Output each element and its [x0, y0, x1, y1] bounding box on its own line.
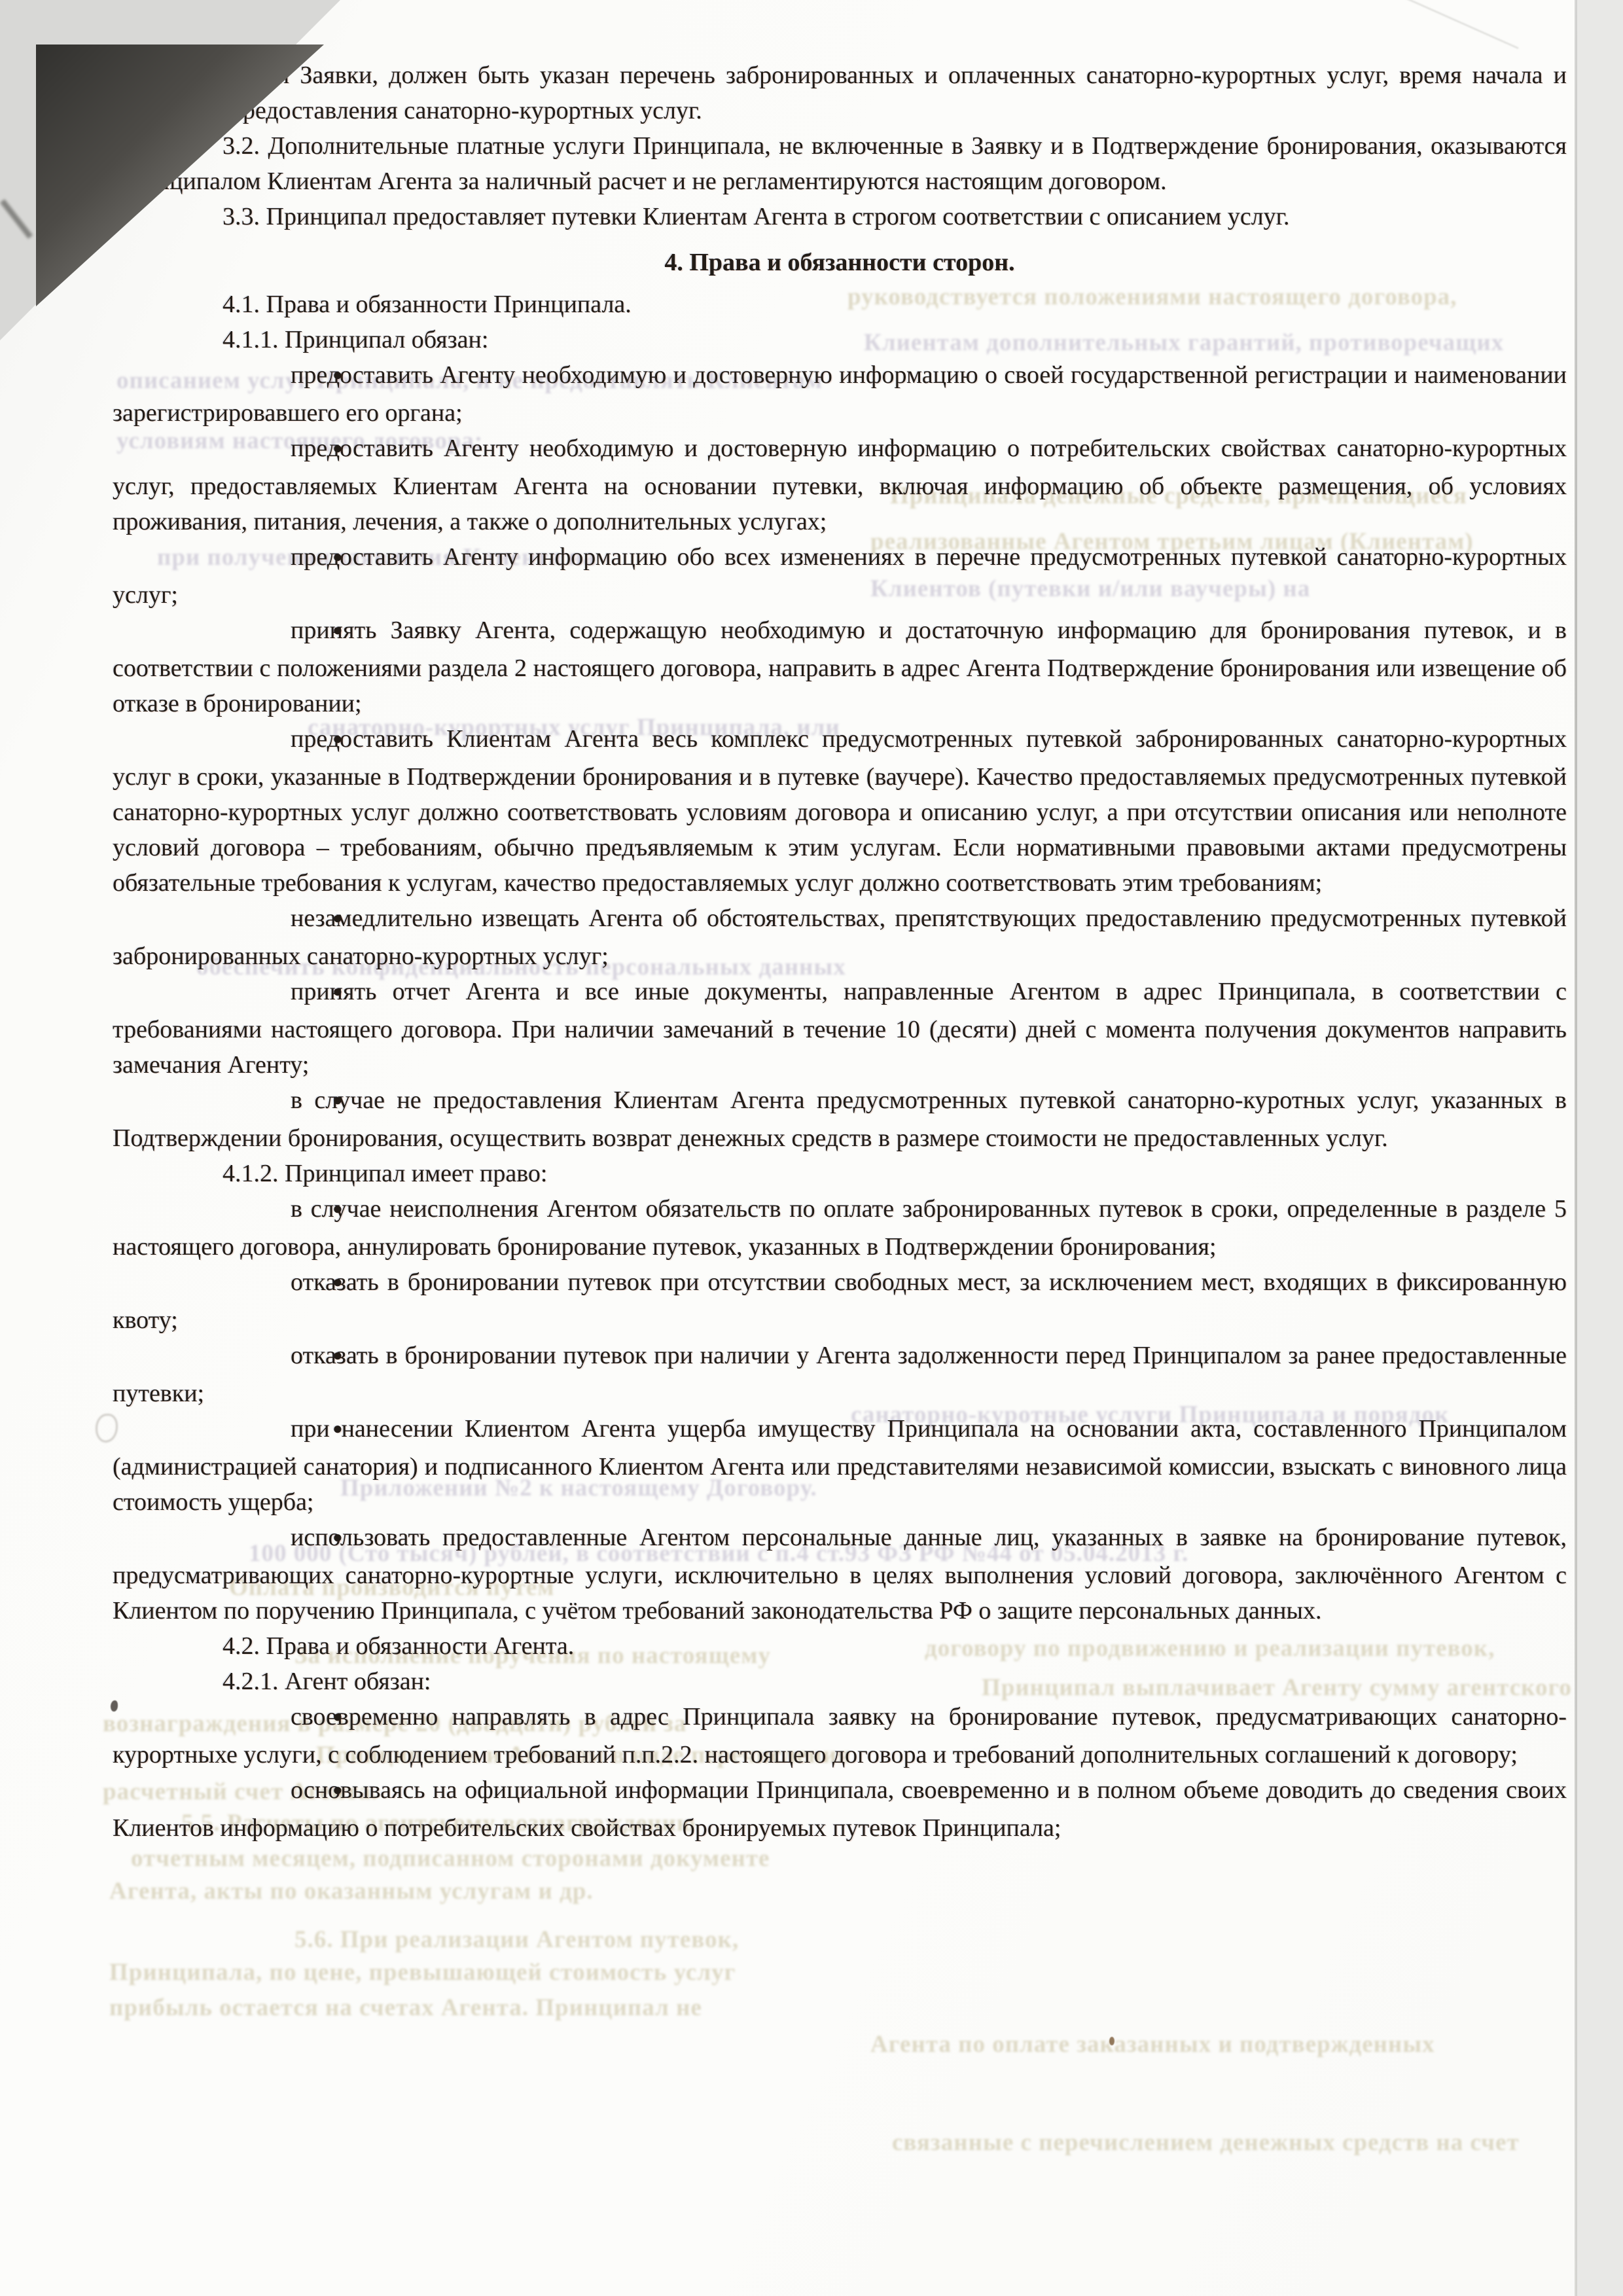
contract-paragraph: 4.2. Права и обязанности Агента. [113, 1628, 1567, 1664]
bullet-icon: ● [223, 1338, 291, 1373]
bleedthrough-text: 5.6. При реализации Агентом путевок, [294, 1926, 739, 1954]
bullet-icon: ● [223, 1191, 291, 1227]
contract-paragraph: 4.1.1. Принципал обязан: [113, 322, 1567, 357]
bullet-icon: ● [223, 1520, 291, 1555]
bullet-item: ●при нанесении Клиентом Агента ущерба им… [113, 1411, 1567, 1520]
bleedthrough-text: Принципала, по цене, превышающей стоимос… [109, 1958, 736, 1986]
bullet-icon: ● [223, 1083, 291, 1118]
section-heading: 4. Права и обязанности сторон. [113, 245, 1567, 280]
bullet-icon: ● [223, 901, 291, 936]
bullet-item: ●отказать в бронировании путевок при нал… [113, 1338, 1567, 1411]
bleedthrough-text: Агента, акты по оказанным услугам и др. [109, 1877, 594, 1905]
top-right-crease [1381, 0, 1519, 49]
bullet-item: ●принять Заявку Агента, содержащую необх… [113, 613, 1567, 721]
bullet-item: ●предоставить Клиентам Агента весь компл… [113, 721, 1567, 901]
bullet-item: ●принять отчет Агента и все иные докумен… [113, 974, 1567, 1083]
bullet-icon: ● [223, 974, 291, 1009]
bullet-icon: ● [223, 357, 291, 393]
bullet-item: ●предоставить Агенту необходимую и досто… [113, 357, 1567, 431]
bullet-item: ●незамедлительно извещать Агента об обст… [113, 901, 1567, 974]
scan-paper: руководствуется положениями настоящего д… [0, 0, 1623, 2296]
bullet-icon: ● [223, 721, 291, 757]
paper-edge-shadow [1575, 0, 1577, 2296]
contract-paragraph: 4.1. Права и обязанности Принципала. [113, 287, 1567, 322]
bullet-item: ●отказать в бронировании путевок при отс… [113, 1265, 1567, 1338]
bleedthrough-text: связанные с перечислением денежных средс… [892, 2128, 1520, 2157]
bullet-icon: ● [223, 431, 291, 466]
bullet-item: ●в случае неисполнения Агентом обязатель… [113, 1191, 1567, 1265]
bullet-item: ●предоставить Агенту информацию обо всех… [113, 539, 1567, 613]
bleedthrough-text: Агента по оплате заказанных и подтвержде… [870, 2030, 1435, 2058]
bullet-icon: ● [223, 1265, 291, 1300]
contract-paragraph: 3.2. Дополнительные платные услуги Принц… [113, 128, 1567, 199]
bleedthrough-text: прибыль остается на счетах Агента. Принц… [109, 1994, 702, 2022]
contract-paragraph: 3.3. Принципал предоставляет путевки Кли… [113, 199, 1567, 234]
contract-text: подтверждённой Заявки, должен быть указа… [113, 58, 1567, 1846]
bullet-icon: ● [223, 1411, 291, 1446]
bullet-icon: ● [223, 1699, 291, 1734]
bullet-icon: ● [223, 613, 291, 648]
bullet-item: ●предоставить Агенту необходимую и досто… [113, 431, 1567, 539]
bullet-icon: ● [223, 1772, 291, 1808]
paper-edge-band [1576, 0, 1623, 2296]
bullet-item: ●в случае не предоставления Клиентам Аге… [113, 1083, 1567, 1156]
bleedthrough-text: отчетным месяцем, подписанном сторонами … [131, 1844, 770, 1873]
contract-paragraph: 4.2.1. Агент обязан: [113, 1664, 1567, 1699]
bullet-item: ●своевременно направлять в адрес Принцип… [113, 1699, 1567, 1772]
contract-paragraph: 4.1.2. Принципал имеет право: [113, 1156, 1567, 1191]
bullet-icon: ● [223, 539, 291, 575]
paper-speck [1109, 2037, 1115, 2045]
bullet-item: ●использовать предоставленные Агентом пе… [113, 1520, 1567, 1628]
contract-paragraph: подтверждённой Заявки, должен быть указа… [113, 58, 1567, 128]
bullet-item: ●основываясь на официальной информации П… [113, 1772, 1567, 1846]
